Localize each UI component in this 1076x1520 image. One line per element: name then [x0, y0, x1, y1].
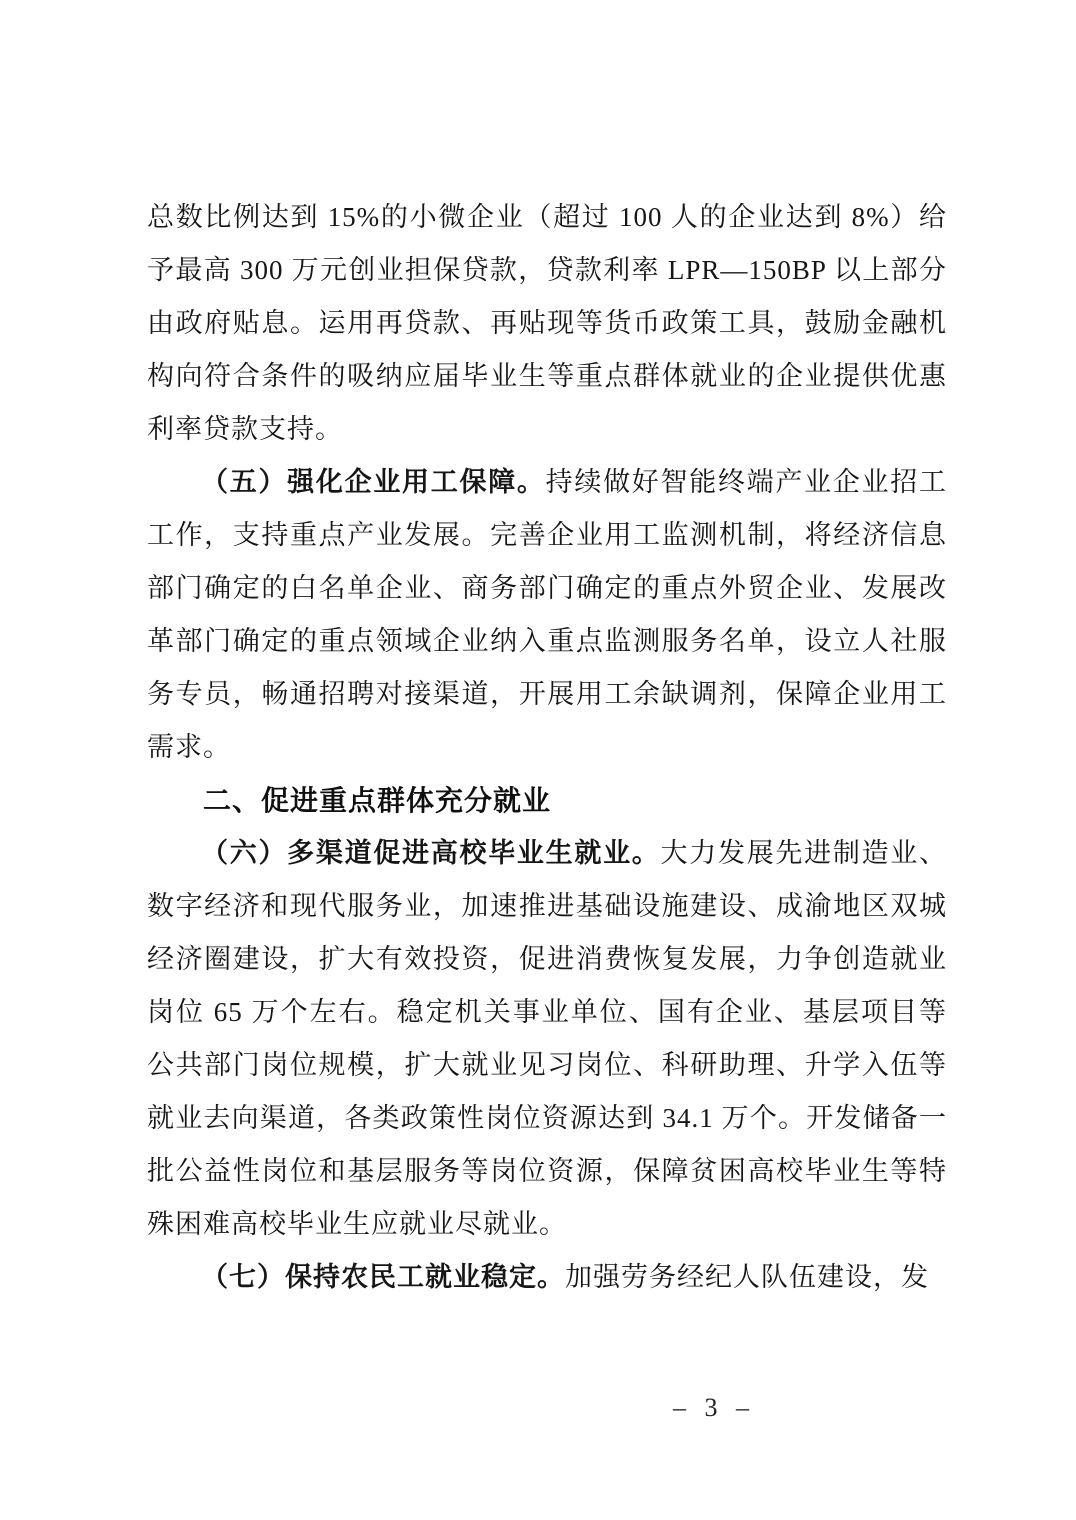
- clause-7-body: 加强劳务经纪人队伍建设，发: [565, 1262, 929, 1292]
- clause-5-body: 持续做好智能终端产业企业招工工作，支持重点产业发展。完善企业用工监测机制，将经济…: [147, 467, 947, 762]
- paragraph-clause-6: （六）多渠道促进高校毕业生就业。大力发展先进制造业、数字经济和现代服务业，加速推…: [147, 827, 947, 1251]
- paragraph-continuation: 总数比例达到 15%的小微企业（超过 100 人的企业达到 8%）给予最高 30…: [147, 191, 947, 456]
- page-number: – 3 –: [634, 1392, 794, 1424]
- clause-6-body: 大力发展先进制造业、数字经济和现代服务业，加速推进基础设施建设、成渝地区双城经济…: [147, 838, 947, 1239]
- clause-7-lead: （七）保持农民工就业稳定。: [201, 1262, 565, 1292]
- section-2-heading: 二、促进重点群体充分就业: [147, 774, 947, 827]
- clause-5-lead: （五）强化企业用工保障。: [201, 467, 546, 497]
- paragraph-clause-7: （七）保持农民工就业稳定。加强劳务经纪人队伍建设，发: [147, 1251, 947, 1304]
- document-body: 总数比例达到 15%的小微企业（超过 100 人的企业达到 8%）给予最高 30…: [147, 191, 947, 1304]
- paragraph-clause-5: （五）强化企业用工保障。持续做好智能终端产业企业招工工作，支持重点产业发展。完善…: [147, 456, 947, 774]
- document-page: 总数比例达到 15%的小微企业（超过 100 人的企业达到 8%）给予最高 30…: [0, 0, 1076, 1520]
- clause-6-lead: （六）多渠道促进高校毕业生就业。: [201, 838, 661, 868]
